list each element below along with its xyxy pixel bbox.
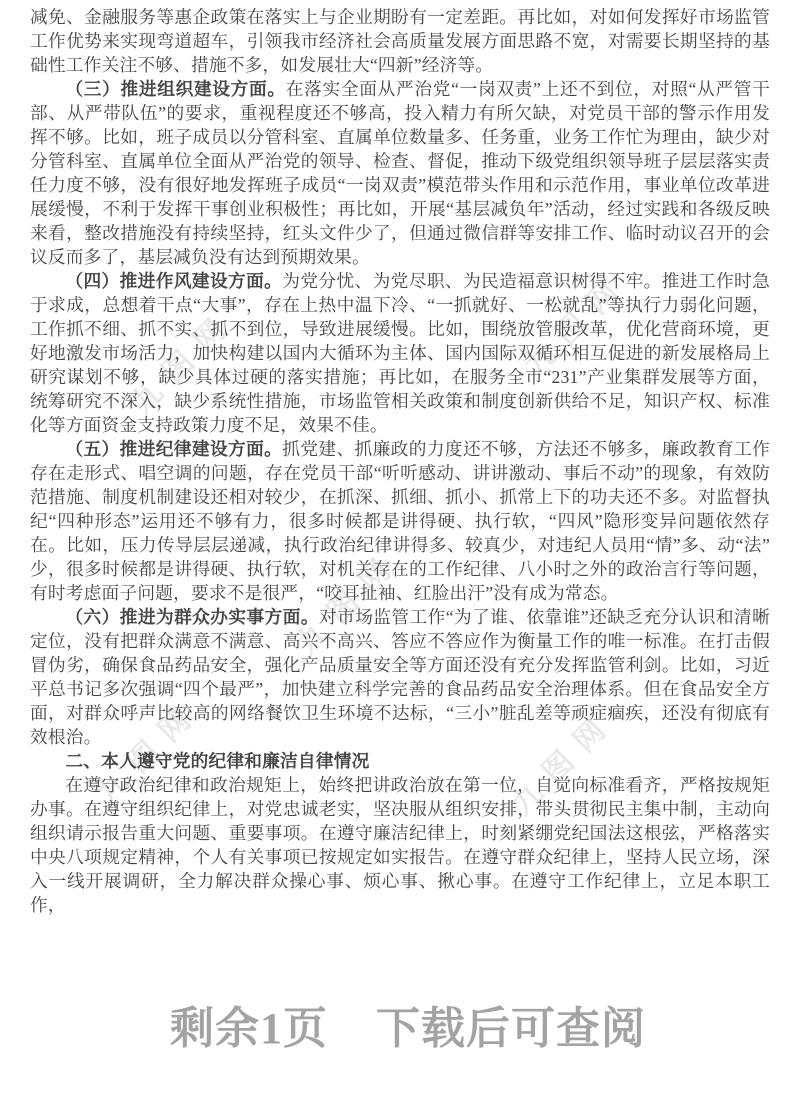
section-heading: 二、本人遵守党的纪律和廉洁自律情况	[30, 749, 770, 773]
document-page: 九图网 九图网 九图网 九图网 九图网 减免、金融服务等惠企政策在落实上与企业期…	[0, 0, 800, 1097]
paragraph-lead: （四）推进作风建设方面。	[65, 271, 282, 291]
paragraph-text: 抓党建、抓廉政的力度还不够，方法还不够多，廉政教育工作存在走形式、唱空调的问题，…	[30, 439, 770, 603]
paragraph-text: 为党分忧、为党尽职、为民造福意识树得不牢。推进工作时急于求成，总想着干点“大事”…	[30, 271, 770, 435]
paragraph-text: 在遵守政治纪律和政治规矩上，始终把讲政治放在第一位，自觉向标准看齐，严格按规矩办…	[30, 775, 770, 915]
document-body: 减免、金融服务等惠企政策在落实上与企业期盼有一定差距。再比如，对如何发挥好市场监…	[30, 5, 770, 917]
paragraph-lead: （六）推进为群众办实事方面。	[65, 607, 319, 627]
remaining-pages-label: 剩余1页	[170, 1004, 328, 1053]
paragraph-text: 对市场监管工作“为了谁、依靠谁”还缺乏充分认识和清晰定位，没有把群众满意不满意、…	[30, 607, 770, 747]
paragraph-text: 减免、金融服务等惠企政策在落实上与企业期盼有一定差距。再比如，对如何发挥好市场监…	[30, 7, 770, 75]
paragraph: （四）推进作风建设方面。为党分忧、为党尽职、为民造福意识树得不牢。推进工作时急于…	[30, 269, 770, 437]
remaining-pages-banner: 剩余1页下载后可查阅	[0, 992, 800, 1056]
paragraph: （六）推进为群众办实事方面。对市场监管工作“为了谁、依靠谁”还缺乏充分认识和清晰…	[30, 605, 770, 749]
paragraph-lead: （五）推进纪律建设方面。	[65, 439, 282, 459]
paragraph: 减免、金融服务等惠企政策在落实上与企业期盼有一定差距。再比如，对如何发挥好市场监…	[30, 5, 770, 77]
paragraph-text: 在落实全面从严治党“一岗双责”上还不到位，对照“从严管干部、从严带队伍”的要求，…	[30, 79, 770, 267]
paragraph: 在遵守政治纪律和政治规矩上，始终把讲政治放在第一位，自觉向标准看齐，严格按规矩办…	[30, 773, 770, 917]
paragraph-lead: （三）推进组织建设方面。	[65, 79, 285, 99]
paragraph: （三）推进组织建设方面。在落实全面从严治党“一岗双责”上还不到位，对照“从严管干…	[30, 77, 770, 269]
paragraph: （五）推进纪律建设方面。抓党建、抓廉政的力度还不够，方法还不够多，廉政教育工作存…	[30, 437, 770, 605]
download-hint-label: 下载后可查阅	[376, 1004, 646, 1053]
